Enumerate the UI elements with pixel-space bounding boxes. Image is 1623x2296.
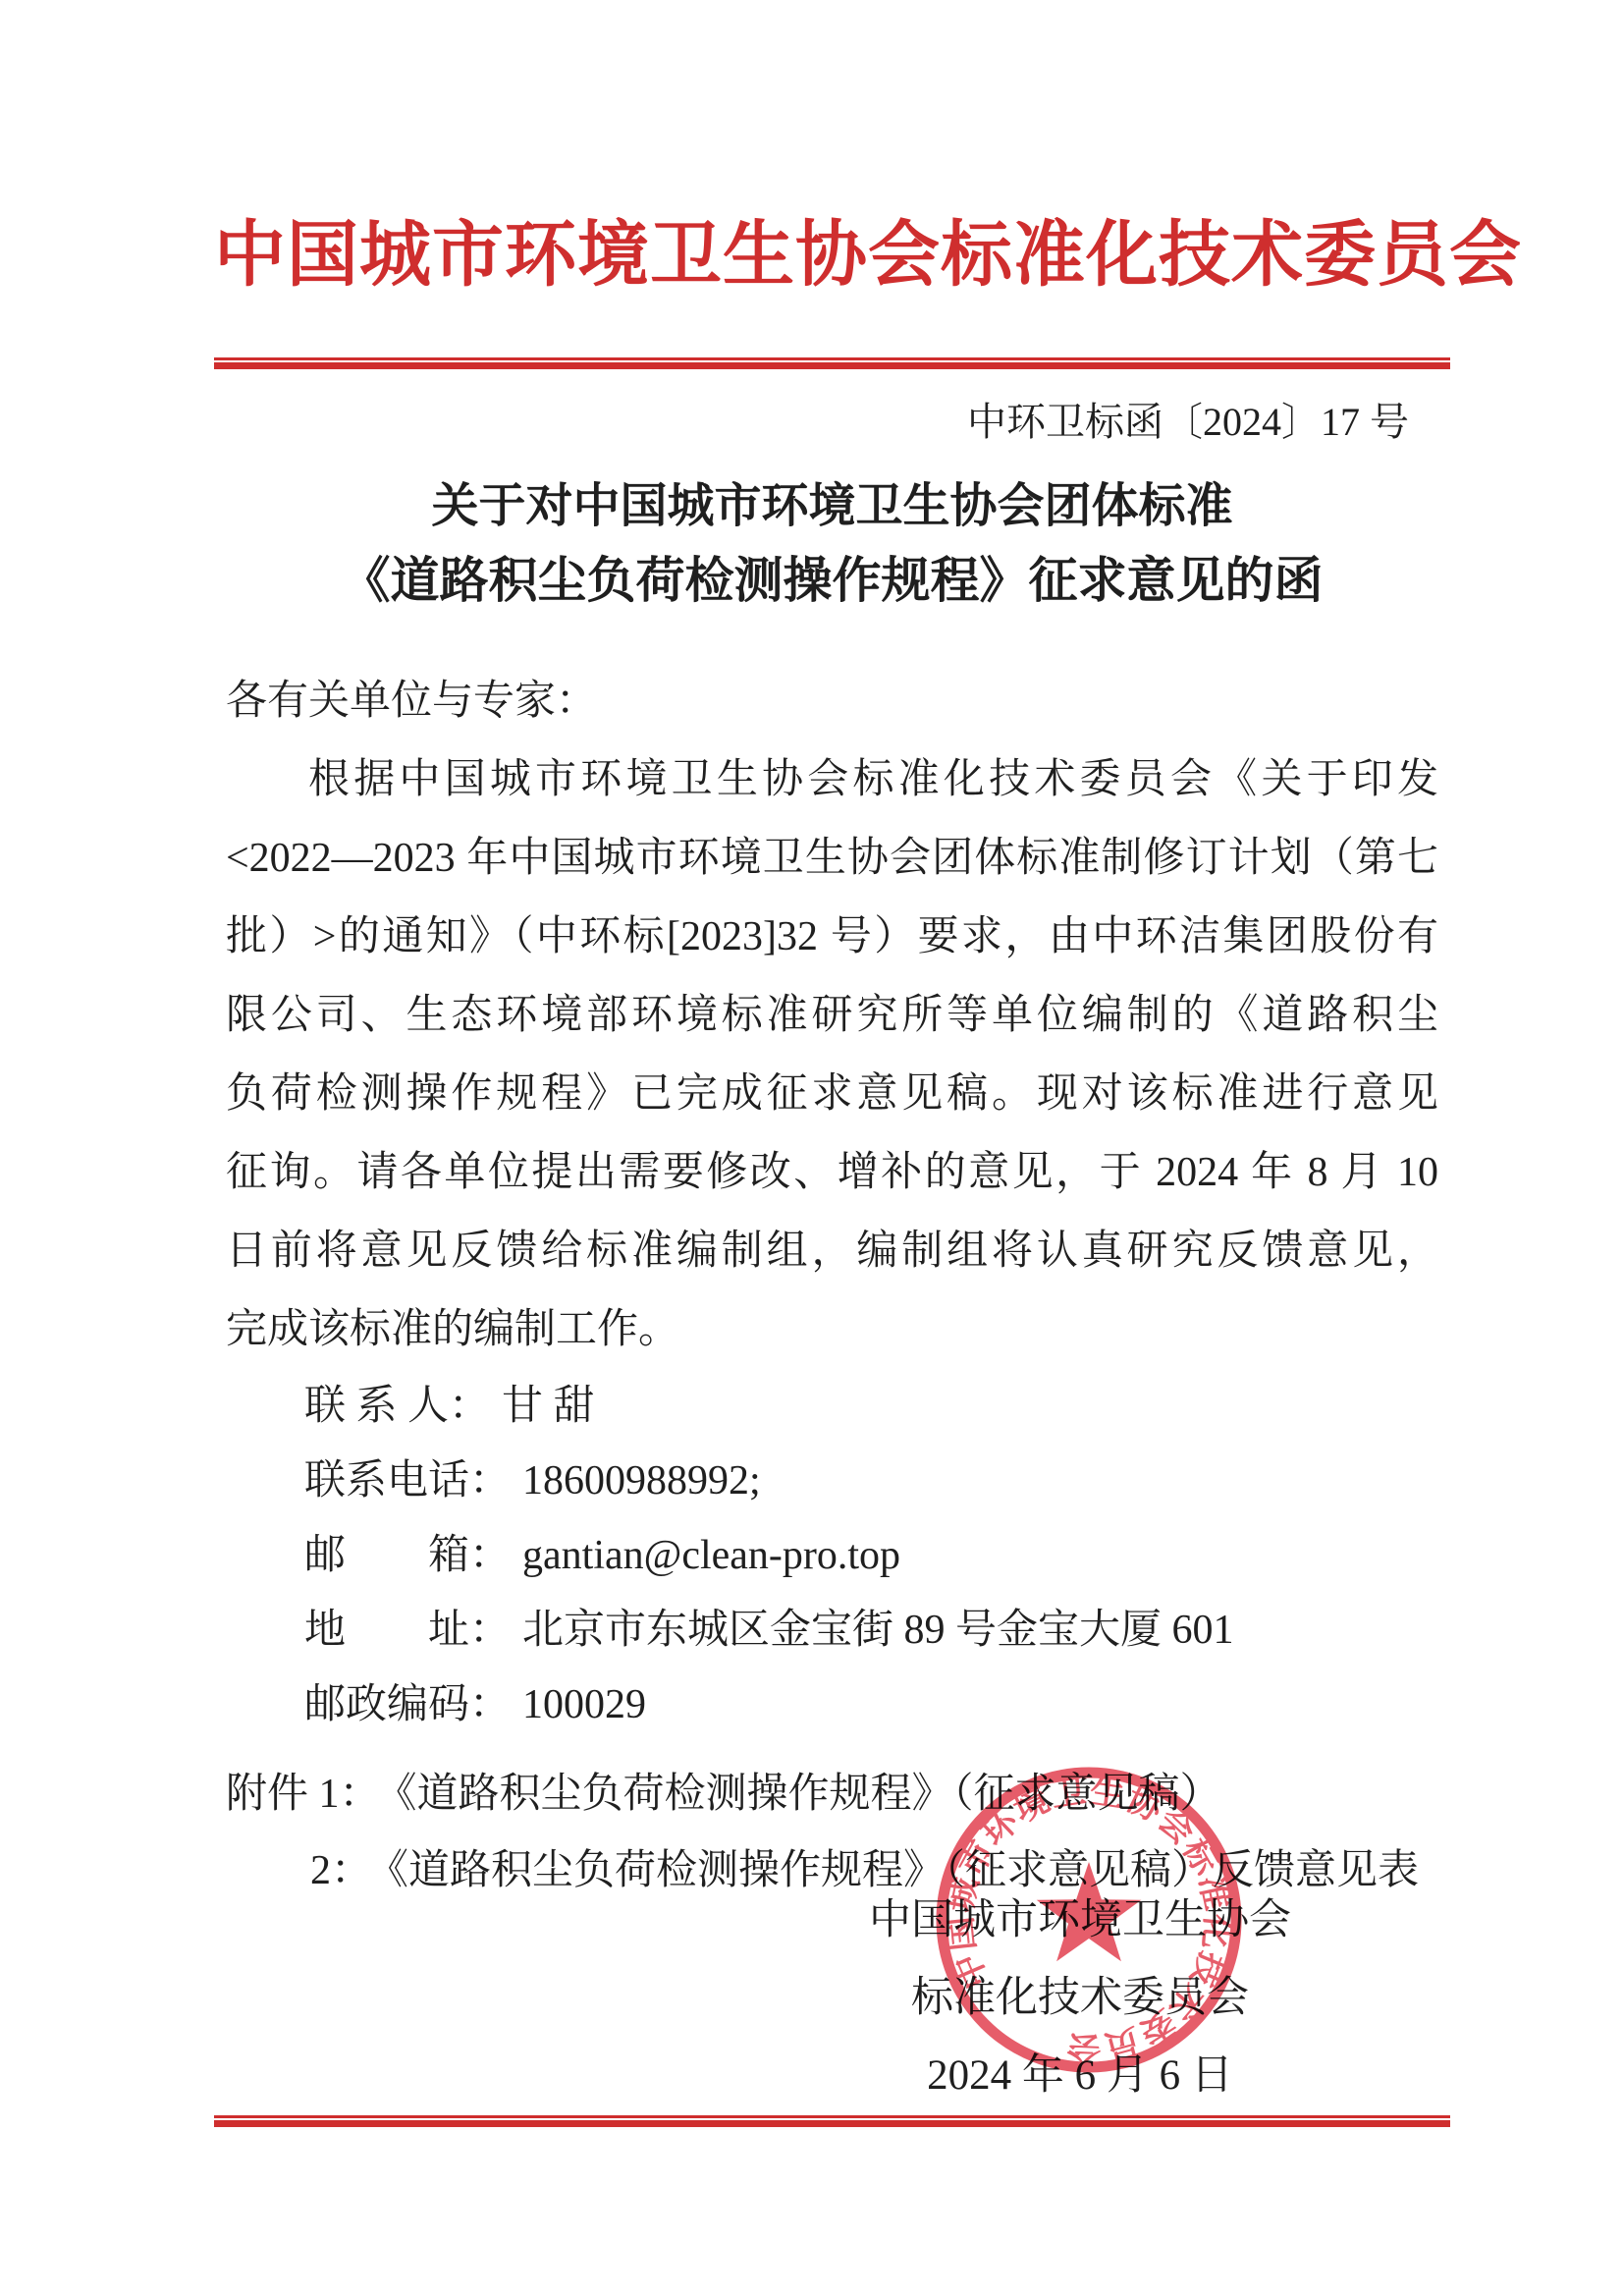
contact-value: 北京市东城区金宝街 89 号金宝大厦 601	[522, 1608, 1234, 1653]
body-line: <2022—2023 年中国城市环境卫生协会团体标准制修订计划（第七	[226, 819, 1438, 898]
contact-label: 邮政编码：	[304, 1682, 511, 1727]
contact-row: 地 址：北京市东城区金宝街 89 号金宝大厦 601	[304, 1593, 1450, 1667]
contact-label: 联系电话：	[304, 1458, 511, 1503]
body-line: 根据中国城市环境卫生协会标准化技术委员会《关于印发	[226, 740, 1438, 819]
document-content: 中国城市环境卫生协会标准化技术委员会 中环卫标函〔2024〕17 号 关于对中国…	[214, 0, 1450, 1909]
footer-divider-line	[214, 2115, 1450, 2127]
body-line: 完成该标准的编制工作。	[226, 1290, 1438, 1369]
body-line: 负荷检测操作规程》已完成征求意见稿。现对该标准进行意见	[226, 1055, 1438, 1133]
document-number: 中环卫标函〔2024〕17 号	[214, 399, 1450, 446]
contact-label: 邮 箱：	[304, 1533, 511, 1578]
seal-star-icon	[1037, 1862, 1142, 1961]
contact-value: gantian@clean-pro.top	[522, 1533, 900, 1578]
document-page: 中国城市环境卫生协会标准化技术委员会 中环卫标函〔2024〕17 号 关于对中国…	[0, 0, 1623, 2296]
letter-body: 各有关单位与专家： 根据中国城市环境卫生协会标准化技术委员会《关于印发 <202…	[214, 662, 1450, 1909]
document-title-line2: 《道路积尘负荷检测操作规程》征求意见的函	[214, 548, 1450, 613]
body-line: 限公司、生态环境部环境标准研究所等单位编制的《道路积尘	[226, 976, 1438, 1055]
header-divider-line	[214, 357, 1450, 369]
contact-row: 联系电话：18600988992;	[304, 1444, 1450, 1518]
document-title-line1: 关于对中国城市环境卫生协会团体标准	[214, 477, 1450, 536]
contact-value: 18600988992;	[522, 1458, 761, 1503]
contact-row: 邮政编码：100029	[304, 1667, 1450, 1742]
salutation: 各有关单位与专家：	[226, 662, 1438, 740]
contact-value: 100029	[522, 1682, 646, 1727]
body-line: 日前将意见反馈给标准编制组，编制组将认真研究反馈意见，	[226, 1212, 1438, 1290]
contact-label: 地 址：	[304, 1608, 511, 1653]
contact-value: 甘 甜	[502, 1384, 595, 1429]
document-title: 关于对中国城市环境卫生协会团体标准 《道路积尘负荷检测操作规程》征求意见的函	[214, 477, 1450, 613]
attachment-number: 附件 1：	[226, 1772, 381, 1817]
attachment-number: 2：	[310, 1848, 372, 1893]
contact-label: 联 系 人：	[304, 1384, 490, 1429]
attachment-line: 附件 1：《道路积尘负荷检测操作规程》（征求意见稿）	[226, 1756, 1450, 1832]
contact-row: 联 系 人：甘 甜	[304, 1369, 1450, 1444]
official-seal: 中国城市环境卫生协会标准化技术委员会	[931, 1762, 1247, 2078]
body-line: 批）>的通知》（中环标[2023]32 号）要求，由中环洁集团股份有	[226, 898, 1438, 976]
body-line: 征询。请各单位提出需要修改、增补的意见，于 2024 年 8 月 10	[226, 1133, 1438, 1212]
contact-row: 邮 箱：gantian@clean-pro.top	[304, 1518, 1450, 1593]
letterhead-title: 中国城市环境卫生协会标准化技术委员会	[214, 0, 1450, 301]
